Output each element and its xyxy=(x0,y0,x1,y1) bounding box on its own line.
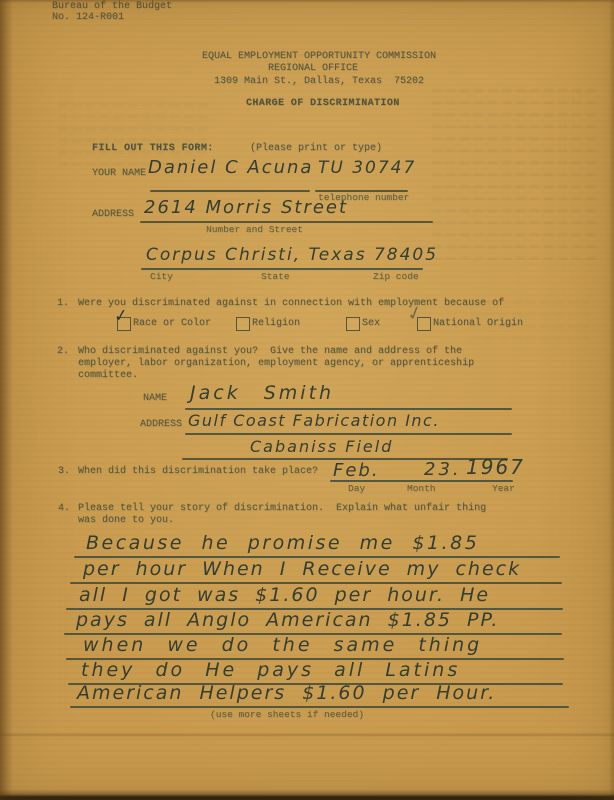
q4-question-line2: was done to you. xyxy=(78,515,174,526)
zip-code-caption: Zip code xyxy=(373,271,419,282)
city-state-zip-underline xyxy=(141,268,423,270)
regional-office-line: REGIONAL OFFICE xyxy=(268,63,358,74)
q2-address-label: ADDRESS xyxy=(140,419,182,430)
q4-number: 4. xyxy=(58,503,70,514)
year-caption: Year xyxy=(492,483,515,494)
q2-question-line2: employer, labor organization, employment… xyxy=(78,358,474,369)
date-slot2-handwritten-value: 23. xyxy=(424,461,462,479)
state-caption: State xyxy=(261,271,290,282)
form-title: CHARGE OF DISCRIMINATION xyxy=(246,98,400,109)
employer-address-handwritten-line2: Cabaniss Field xyxy=(250,439,393,455)
eeoc-organization-name: EQUAL EMPLOYMENT OPPORTUNITY COMMISSION xyxy=(202,51,436,62)
address-underline xyxy=(140,221,433,223)
story-line: Because he promise me $1.85 xyxy=(86,534,479,553)
city-state-zip-handwritten-value: Corpus Christi, Texas 78405 xyxy=(146,247,438,264)
page-edge-shadow-left xyxy=(0,0,13,800)
date-slot3-handwritten-value: 1967 xyxy=(466,457,525,477)
q3-number: 3. xyxy=(58,466,70,477)
phone-handwritten-value: TU 30747 xyxy=(318,160,416,177)
story-underline xyxy=(70,706,569,708)
story-line: pays all Anglo American $1.85 PP. xyxy=(76,611,499,630)
option-label-sex: Sex xyxy=(362,318,380,329)
more-sheets-note: (use more sheets if needed) xyxy=(210,709,364,720)
page-edge-shadow-right xyxy=(609,0,614,800)
q2-question-line3: committee. xyxy=(78,370,138,381)
q2-number: 2. xyxy=(57,346,69,357)
employer-name-handwritten-value: Jack Smith xyxy=(190,384,334,403)
employer-address-underline1 xyxy=(185,433,512,435)
q1-number: 1. xyxy=(57,298,69,309)
employer-address-handwritten-line1: Gulf Coast Fabrication Inc. xyxy=(188,413,440,429)
checkbox-religion xyxy=(236,317,250,331)
option-label-national-origin: National Origin xyxy=(433,318,523,329)
office-address-line: 1309 Main St., Dallas, Texas 75202 xyxy=(214,76,424,87)
story-line: per hour When I Receive my check xyxy=(83,560,521,579)
address-label: ADDRESS xyxy=(92,209,134,220)
checkmark-icon: ✓ xyxy=(113,307,129,326)
city-caption: City xyxy=(150,271,173,282)
story-line: all I got was $1.60 per hour. He xyxy=(79,586,490,605)
q4-question-line1: Please tell your story of discrimination… xyxy=(78,503,486,514)
name-underline xyxy=(150,190,310,192)
budget-bureau-stamp-line2: No. 124-R001 xyxy=(52,12,124,23)
q2-question-line1: Who discriminated against you? Give the … xyxy=(78,346,462,357)
checkbox-sex xyxy=(346,317,360,331)
scanned-charge-form-page: Bureau of the Budget No. 124-R001 EQUAL … xyxy=(0,0,614,800)
date-underline xyxy=(330,480,513,482)
bleed-through-smudge xyxy=(432,88,598,260)
story-line: American Helpers $1.60 per Hour. xyxy=(77,684,496,703)
print-or-type-note: (Please print or type) xyxy=(250,143,382,154)
option-label-religion: Religion xyxy=(252,318,300,329)
option-label-race-or-color: Race or Color xyxy=(133,318,211,329)
date-slot1-handwritten-value: Feb. xyxy=(333,462,380,480)
address-handwritten-value: 2614 Morris Street xyxy=(144,199,348,217)
q2-name-label: NAME xyxy=(143,393,167,404)
name-handwritten-value: Daniel C Acuna xyxy=(148,159,313,177)
story-line: when we do the same thing xyxy=(83,636,482,655)
employer-name-underline xyxy=(185,408,512,410)
story-line: they do He pays all Latins xyxy=(81,661,460,680)
fill-out-form-label: FILL OUT THIS FORM: xyxy=(92,143,214,154)
bleed-through-smudge xyxy=(58,94,208,166)
day-caption: Day xyxy=(348,483,365,494)
your-name-label: YOUR NAME xyxy=(92,168,146,179)
budget-bureau-stamp-line1: Bureau of the Budget xyxy=(52,1,172,12)
paper-crease-line xyxy=(0,733,614,737)
page-edge-shadow-bottom xyxy=(0,789,614,800)
number-and-street-caption: Number and Street xyxy=(206,224,303,235)
q1-question: Were you discriminated against in connec… xyxy=(78,298,504,309)
q3-question: When did this discrimination take place? xyxy=(78,466,318,477)
month-caption: Month xyxy=(407,483,436,494)
